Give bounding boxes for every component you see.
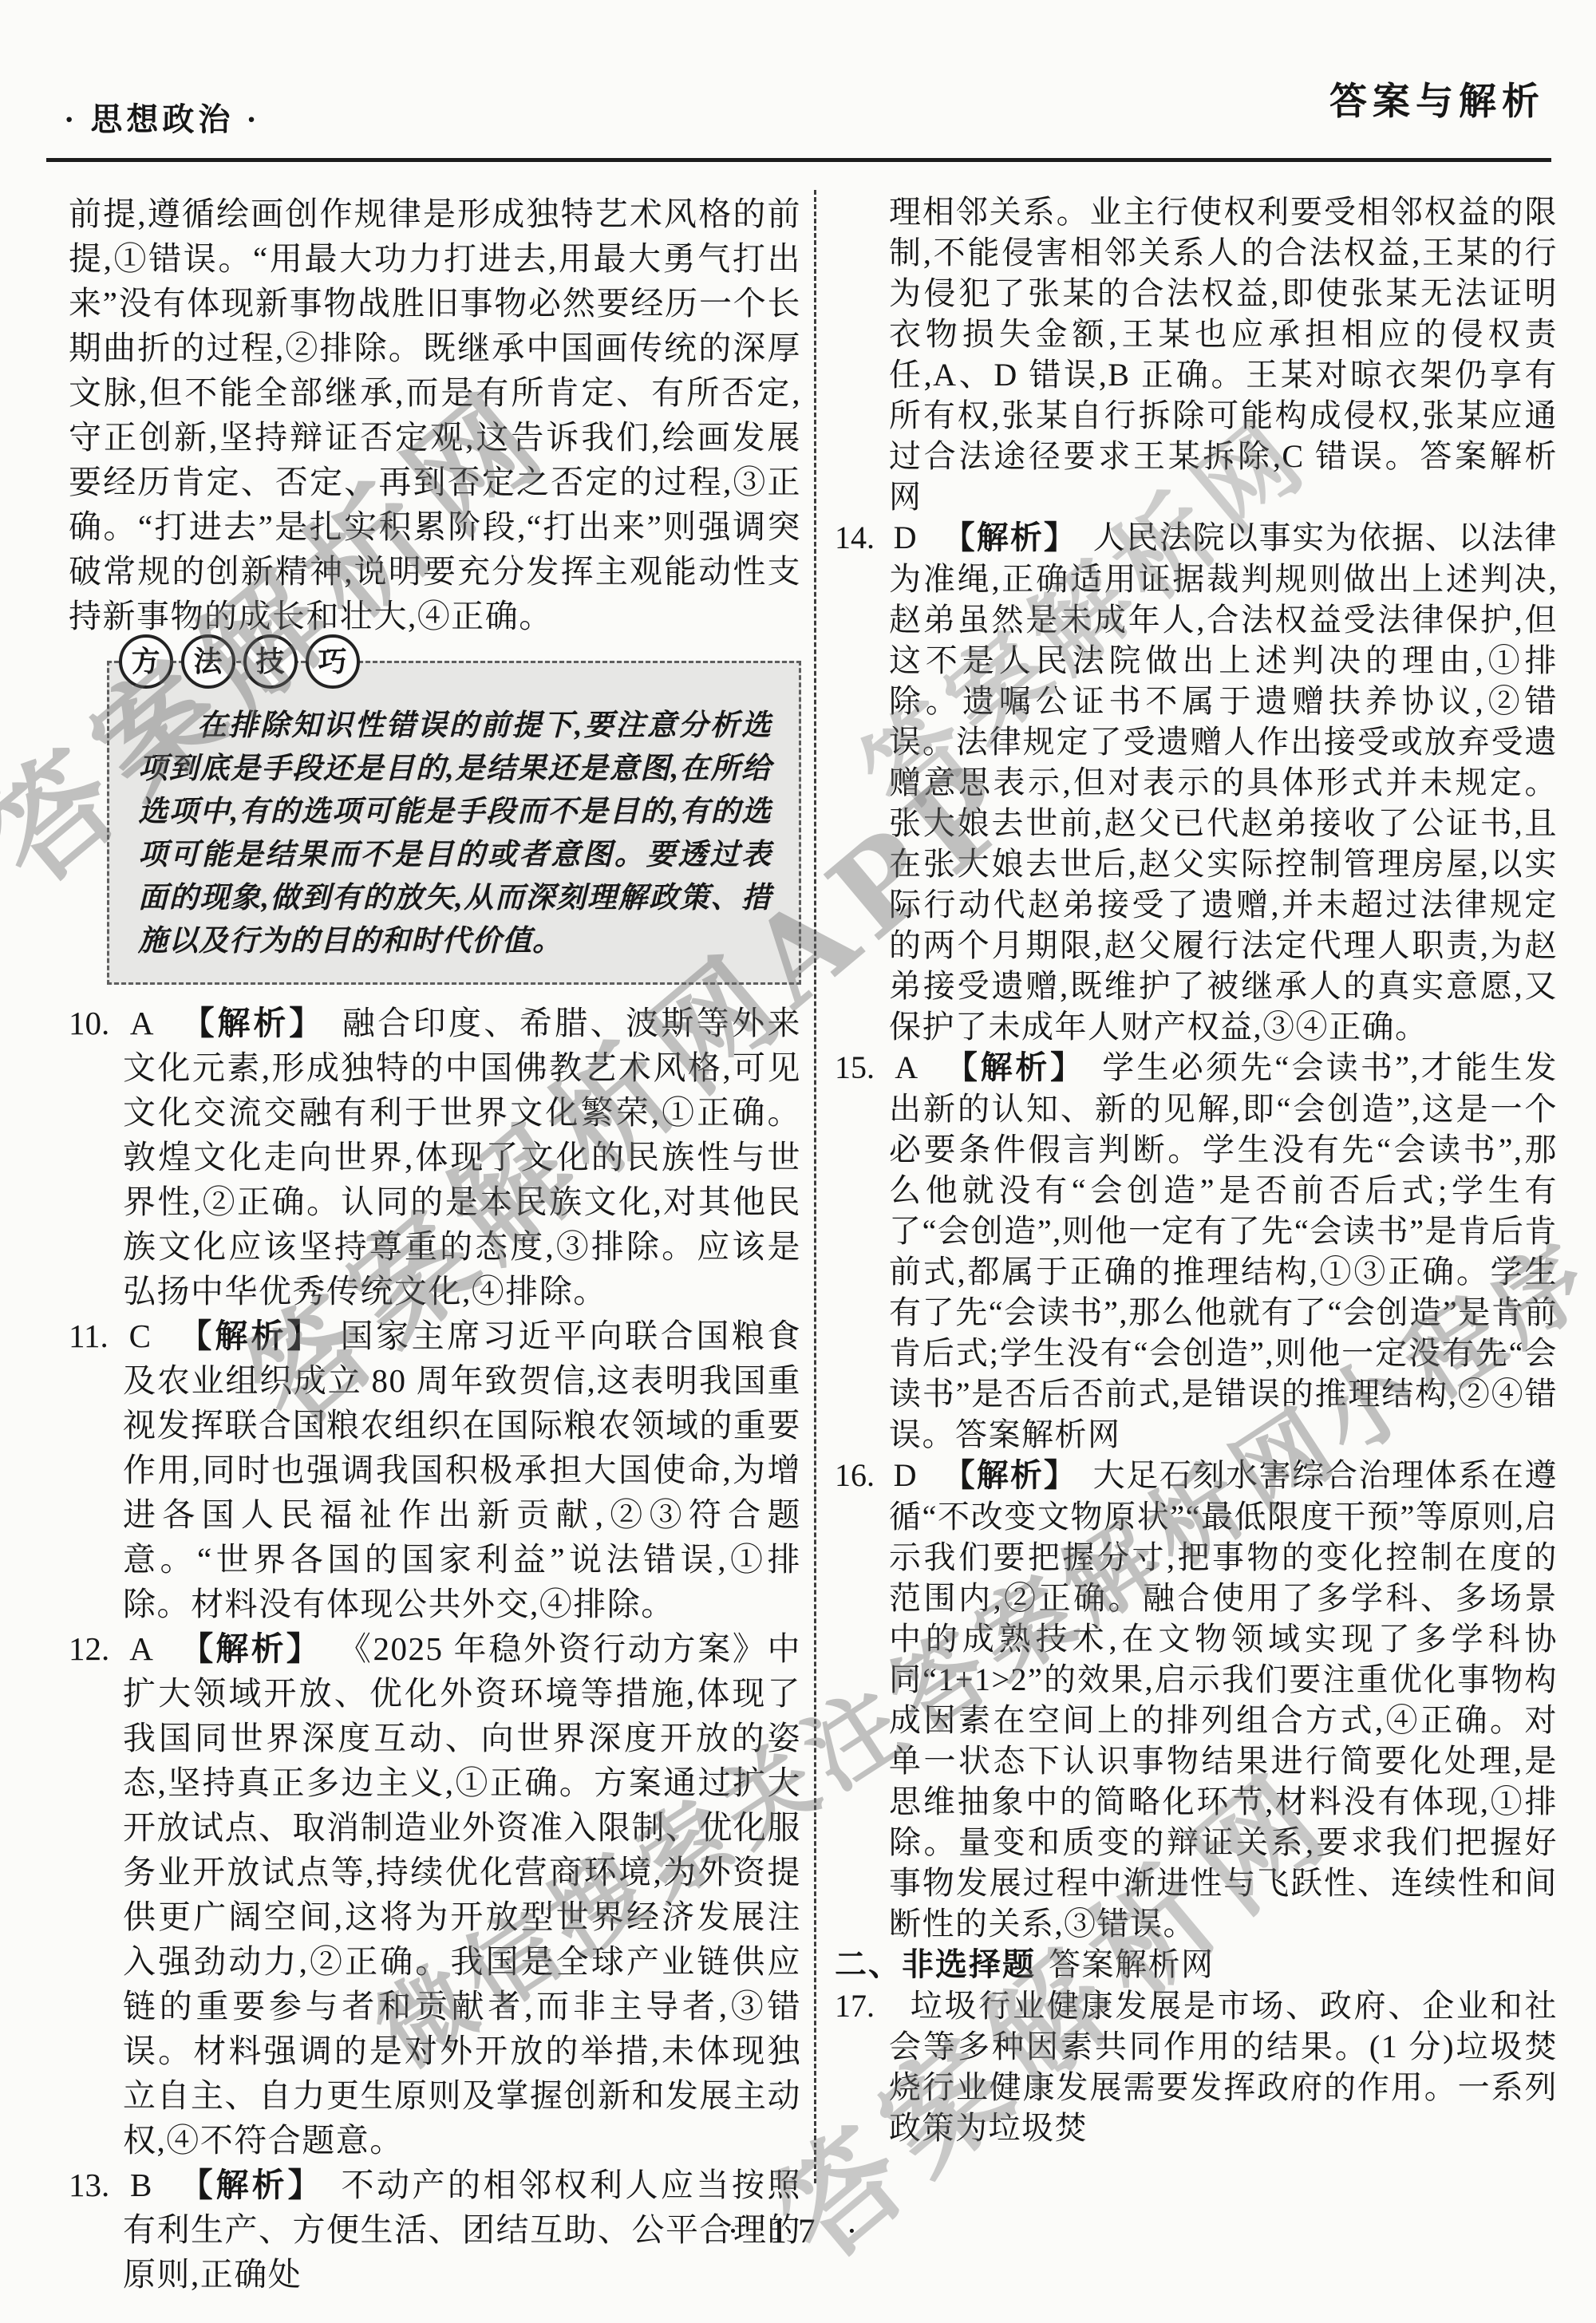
item-text: 《2025 年稳外资行动方案》中扩大领域开放、优化外资环境等措施,体现了我国同世… bbox=[123, 1630, 801, 2159]
page-title: 答案与解析 bbox=[1329, 72, 1545, 125]
answer-item-17: 17. 垃圾行业健康发展是市场、政府、企业和社会等多种因素共同作用的结果。(1 … bbox=[835, 1985, 1558, 2148]
analysis-label: 【解析】 bbox=[943, 520, 1077, 555]
analysis-label: 【解析】 bbox=[179, 1318, 322, 1354]
method-badge-char: 巧 bbox=[306, 634, 360, 689]
right-column: 理相邻关系。业主行使权利要受相邻权益的限制,不能侵害相邻关系人的合法权益,王某的… bbox=[835, 192, 1558, 2148]
answer-item-16: 16. D 【解析】 大足石刻水害综合治理体系在遵循“不改变文物原状”“最低限度… bbox=[835, 1455, 1558, 1944]
method-tip-box: 方 法 技 巧 在排除知识性错误的前提下,要注意分析选项到底是手段还是目的,是结… bbox=[107, 661, 801, 985]
item-number: 13. bbox=[69, 2167, 109, 2203]
item-number: 16. bbox=[835, 1457, 875, 1493]
header-rule bbox=[46, 158, 1551, 162]
answer-letter: A bbox=[130, 1005, 155, 1041]
item-text: 垃圾行业健康发展是市场、政府、企业和社会等多种因素共同作用的结果。(1 分)垃圾… bbox=[889, 1988, 1558, 2146]
section-2-heading: 二、非选择题答案解析网 bbox=[835, 1944, 1558, 1985]
subject-label: · 思想政治 · bbox=[64, 94, 261, 140]
answer-item-14: 14. D 【解析】 人民法院以事实为依据、以法律为准绳,正确适用证据裁判规则做… bbox=[835, 517, 1558, 1047]
analysis-label: 【解析】 bbox=[943, 1458, 1077, 1493]
answer-letter: A bbox=[129, 1630, 154, 1667]
item-13-continuation: 理相邻关系。业主行使权利要受相邻权益的限制,不能侵害相邻关系人的合法权益,王某的… bbox=[889, 192, 1558, 517]
item-number: 11. bbox=[69, 1318, 109, 1354]
analysis-label: 【解析】 bbox=[946, 1050, 1085, 1085]
method-tip-text: 在排除知识性错误的前提下,要注意分析选项到底是手段还是目的,是结果还是意图,在所… bbox=[138, 705, 772, 963]
answer-letter: A bbox=[895, 1049, 918, 1085]
method-badge-char: 技 bbox=[243, 634, 298, 689]
item-text: 学生必须先“会读书”,才能生发出新的认知、新的见解,即“会创造”,这是一个必要条… bbox=[889, 1049, 1558, 1452]
method-badge: 方 法 技 巧 bbox=[119, 634, 360, 689]
analysis-label: 【解析】 bbox=[180, 2167, 324, 2203]
page-number: · 17 · bbox=[0, 2212, 1596, 2251]
method-badge-char: 方 bbox=[119, 634, 173, 689]
answer-item-15: 15. A 【解析】 学生必须先“会读书”,才能生发出新的认知、新的见解,即“会… bbox=[835, 1047, 1558, 1455]
item-number: 15. bbox=[835, 1049, 875, 1085]
item-number: 14. bbox=[835, 520, 875, 555]
item-text: 大足石刻水害综合治理体系在遵循“不改变文物原状”“最低限度干预”等原则,启示我们… bbox=[889, 1457, 1558, 1942]
answer-key-page: 答案解析网 答案解析网APP 答案解析网 微信搜索关注答案解析网小程序 答案解析… bbox=[0, 0, 1596, 2323]
analysis-label: 【解析】 bbox=[180, 1630, 322, 1667]
analysis-label: 【解析】 bbox=[182, 1005, 326, 1041]
item-text: 人民法院以事实为依据、以法律为准绳,正确适用证据裁判规则做出上述判决,赵弟虽然是… bbox=[889, 520, 1558, 1045]
item-number: 10. bbox=[69, 1005, 109, 1041]
item-text: 国家主席习近平向联合国粮食及农业组织成立 80 周年致贺信,这表明我国重视发挥联… bbox=[123, 1318, 801, 1622]
continuation-paragraph: 前提,遵循绘画创作规律是形成独特艺术风格的前提,①错误。“用最大功力打进去,用最… bbox=[69, 192, 801, 638]
method-badge-char: 法 bbox=[181, 634, 235, 689]
answer-letter: D bbox=[894, 1457, 918, 1493]
column-divider bbox=[814, 190, 816, 2183]
answer-letter: D bbox=[894, 520, 918, 555]
answer-letter: B bbox=[130, 2167, 153, 2203]
item-number: 17. bbox=[835, 1988, 875, 2024]
left-column: 前提,遵循绘画创作规律是形成独特艺术风格的前提,①错误。“用最大功力打进去,用最… bbox=[69, 192, 801, 2297]
answer-item-12: 12. A 【解析】 《2025 年稳外资行动方案》中扩大领域开放、优化外资环境… bbox=[69, 1626, 801, 2163]
answer-letter: C bbox=[129, 1318, 152, 1354]
section-heading-text: 二、非选择题 bbox=[835, 1947, 1036, 1982]
item-number: 12. bbox=[69, 1630, 109, 1667]
section-heading-suffix: 答案解析网 bbox=[1049, 1946, 1215, 1982]
answer-item-11: 11. C 【解析】 国家主席习近平向联合国粮食及农业组织成立 80 周年致贺信… bbox=[69, 1314, 801, 1626]
item-text: 融合印度、希腊、波斯等外来文化元素,形成独特的中国佛教艺术风格,可见文化交流交融… bbox=[123, 1005, 801, 1310]
answer-item-10: 10. A 【解析】 融合印度、希腊、波斯等外来文化元素,形成独特的中国佛教艺术… bbox=[69, 1001, 801, 1314]
